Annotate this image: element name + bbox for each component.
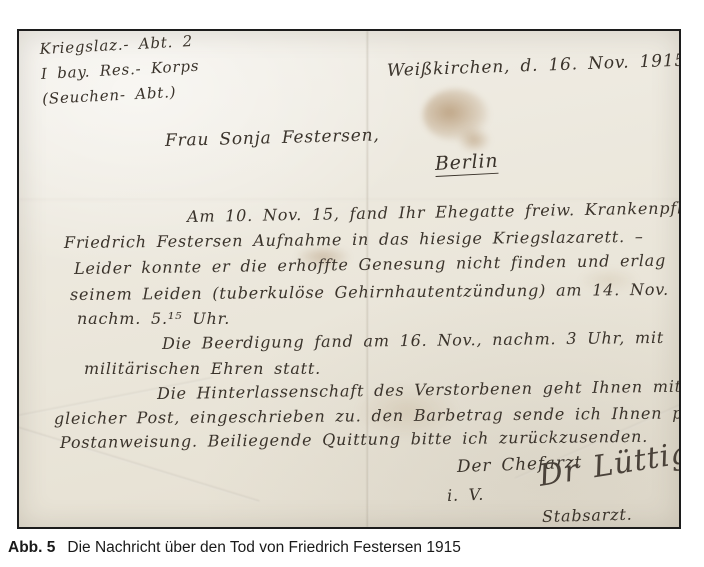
page: Kriegslaz.- Abt. 2 I bay. Res.- Korps (S… [0, 0, 704, 567]
recipient-city: Berlin [434, 150, 499, 177]
body-line: Am 10. Nov. 15, fand Ihr Ehegatte freiw.… [187, 198, 681, 226]
body-line: Die Hinterlassenschaft des Verstorbenen … [157, 377, 681, 403]
body-line: Postanweisung. Beiliegende Quittung bitt… [60, 427, 648, 452]
body-line: Die Beerdigung fand am 16. Nov., nachm. … [162, 328, 664, 353]
body-line: seinem Leiden (tuberkulöse Gehirnhautent… [70, 280, 669, 304]
unit-designation-block: Kriegslaz.- Abt. 2 I bay. Res.- Korps (S… [39, 29, 201, 112]
figure-caption-label: Abb. 5 [8, 539, 55, 556]
paper-stain [423, 89, 489, 141]
body-line: gleicher Post, eingeschrieben zu. den Ba… [54, 403, 681, 428]
fold-crease-vertical [366, 31, 369, 527]
body-line: Friedrich Festersen Aufnahme in das hies… [64, 227, 644, 252]
recipient-name: Frau Sonja Festersen, [165, 125, 380, 151]
figure-caption-text: Die Nachricht über den Tod von Friedrich… [67, 539, 460, 556]
figure-caption: Abb. 5Die Nachricht über den Tod von Fri… [8, 539, 461, 557]
body-line: militärischen Ehren statt. [84, 359, 321, 378]
body-line: nachm. 5.¹⁵ Uhr. [77, 309, 230, 328]
paper-stain [457, 127, 491, 153]
signature-title: Stabsarzt. [542, 505, 633, 526]
dateline: Weißkirchen, d. 16. Nov. 1915. [387, 50, 681, 81]
closing-in-vertretung: i. V. [447, 485, 485, 505]
figure-letter-photo: Kriegslaz.- Abt. 2 I bay. Res.- Korps (S… [17, 29, 681, 529]
body-line: Leider konnte er die erhoffte Genesung n… [74, 251, 666, 278]
